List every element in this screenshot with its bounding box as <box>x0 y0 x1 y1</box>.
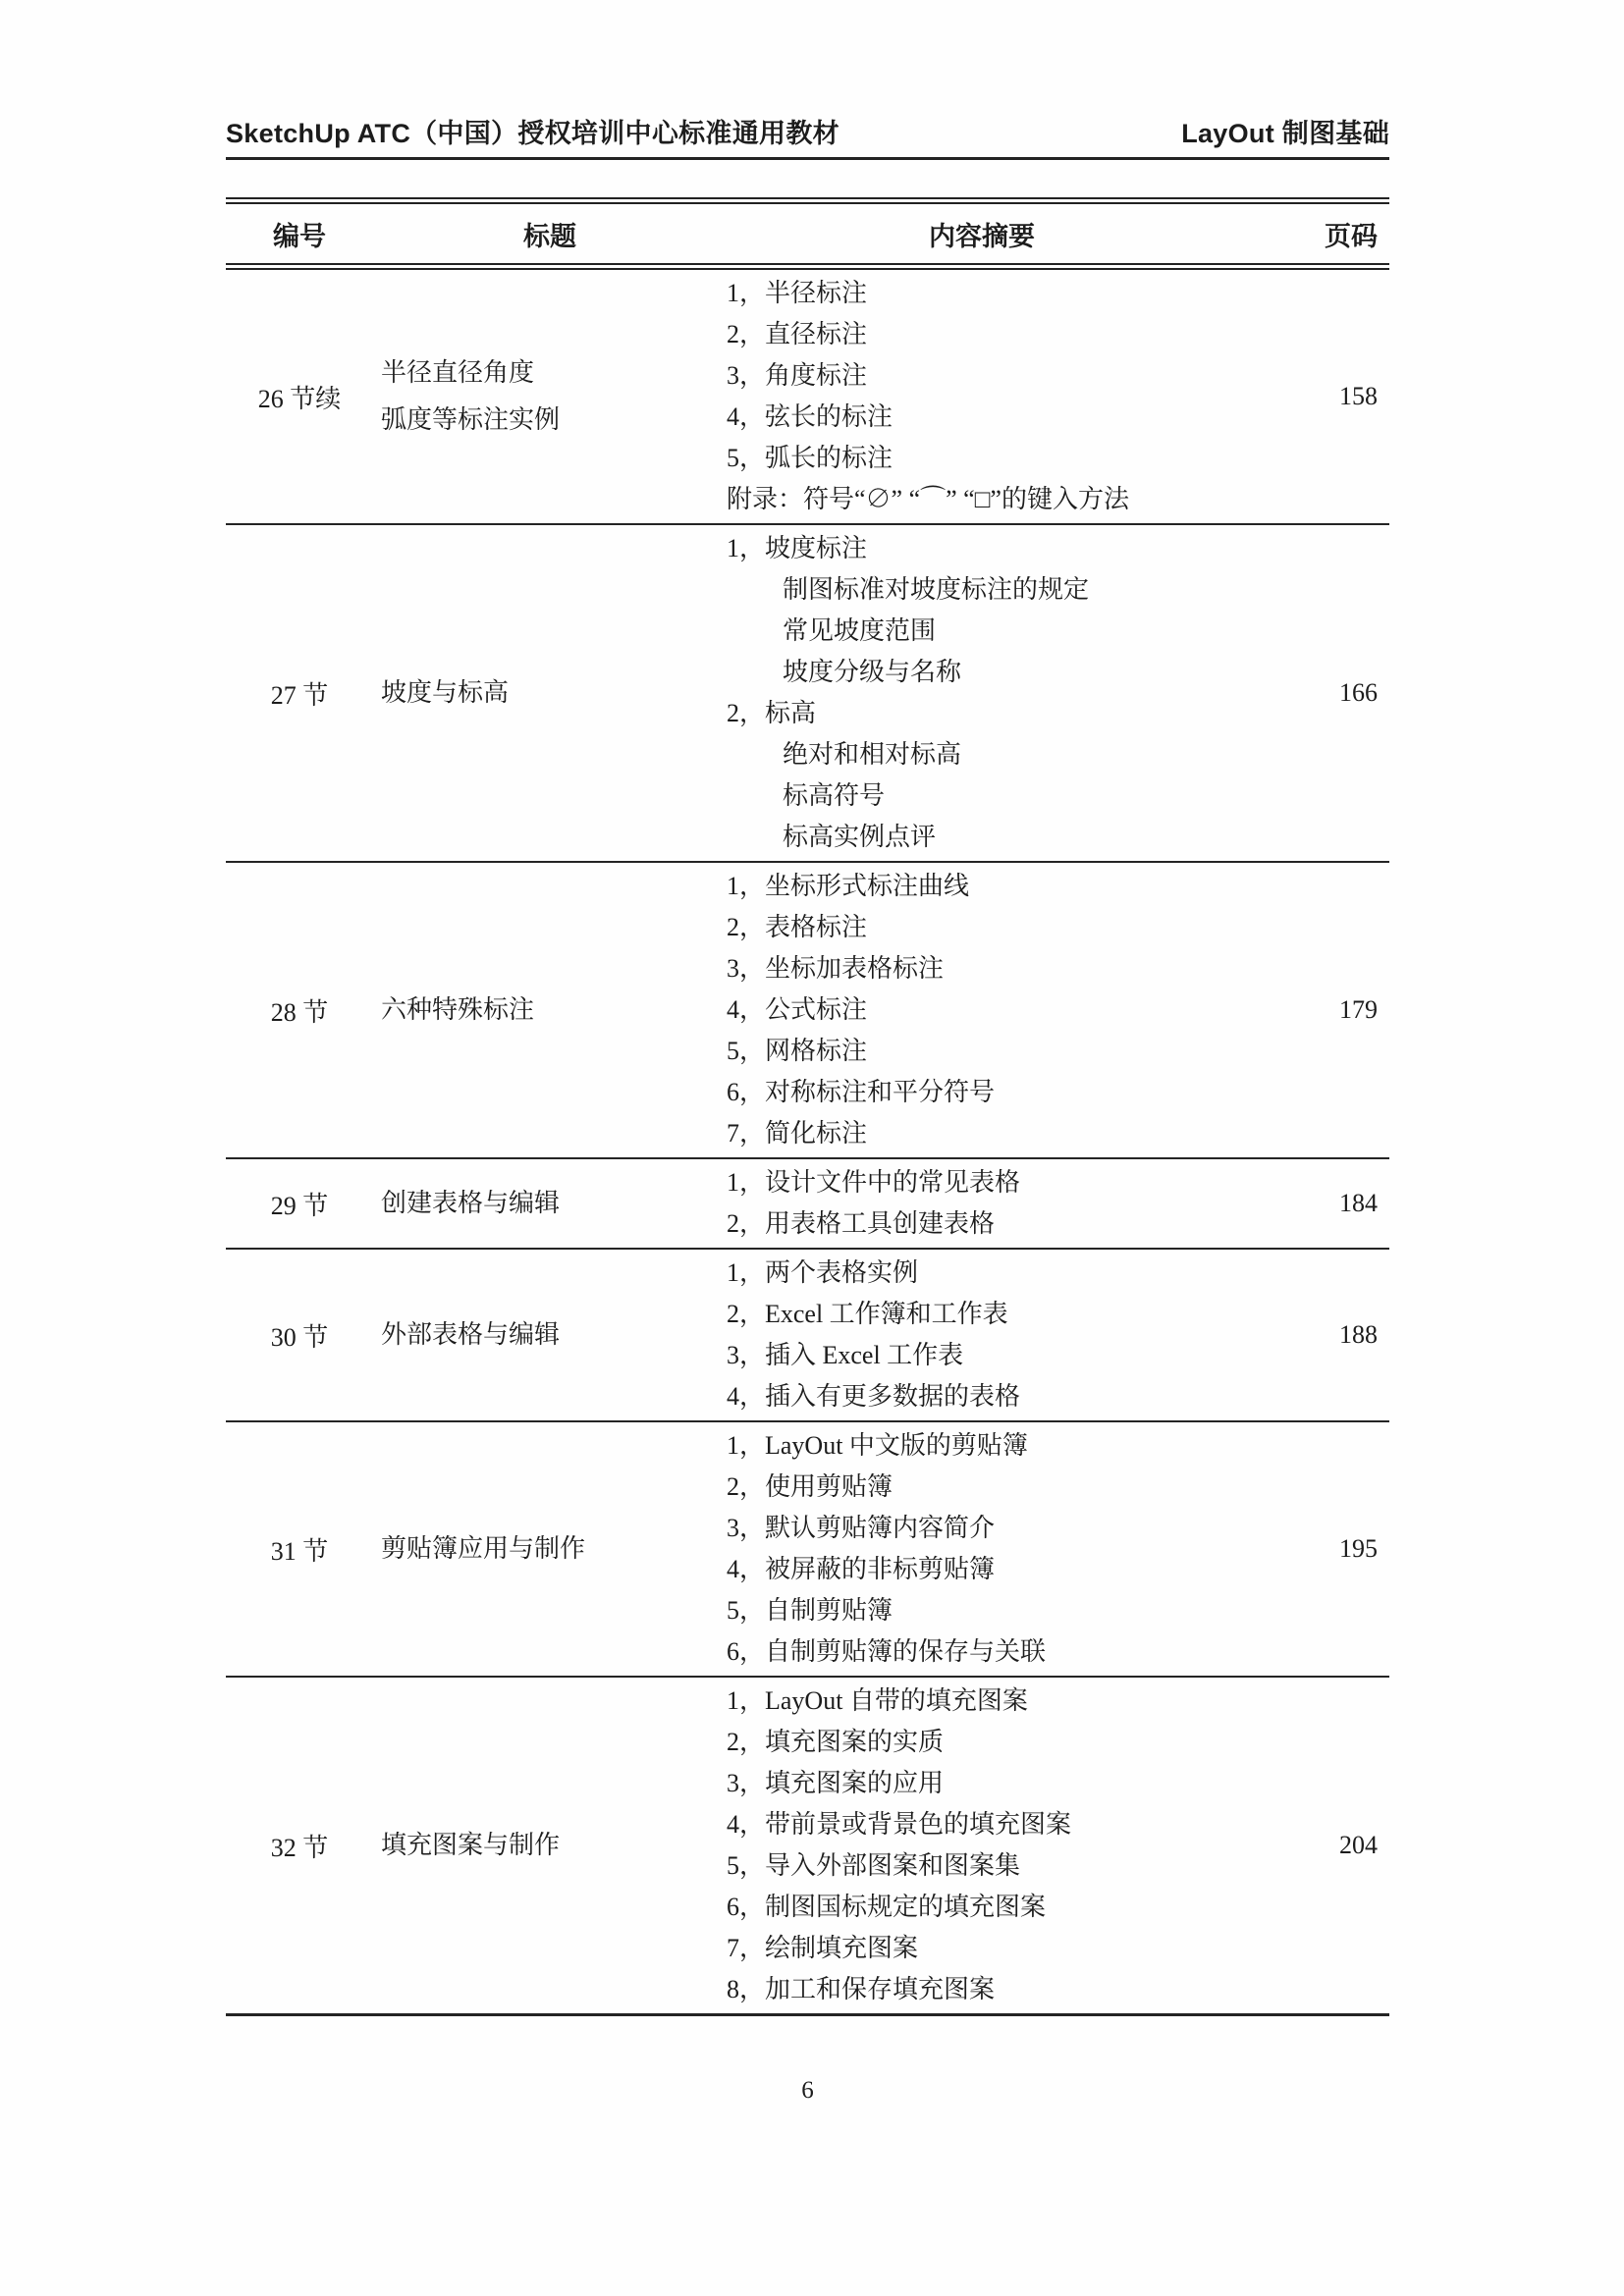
row-no: 32 节 <box>226 1677 373 2015</box>
toc-table: 编号 标题 内容摘要 页码 26 节续 半径直径角度 弧度等标注实例 1，半径标… <box>226 197 1389 2016</box>
summary-subline: 标高实例点评 <box>727 817 1237 858</box>
summary-line: 7，简化标注 <box>727 1113 1237 1154</box>
title-line: 填充图案与制作 <box>381 1822 727 1869</box>
summary-line: 6，对称标注和平分符号 <box>727 1072 1237 1113</box>
table-row: 27 节 坡度与标高 1，坡度标注 制图标准对坡度标注的规定 常见坡度范围 坡度… <box>226 524 1389 862</box>
summary-line: 1，坡度标注 <box>727 528 1237 569</box>
column-header-summary: 内容摘要 <box>727 201 1237 267</box>
summary-line: 2，标高 <box>727 693 1237 734</box>
toc-table-header: 编号 标题 内容摘要 页码 <box>226 201 1389 267</box>
header-row: 编号 标题 内容摘要 页码 <box>226 201 1389 267</box>
row-title: 创建表格与编辑 <box>373 1158 727 1249</box>
summary-line: 3，填充图案的应用 <box>727 1763 1237 1804</box>
summary-line: 5，弧长的标注 <box>727 438 1237 479</box>
summary-line: 6，自制剪贴簿的保存与关联 <box>727 1631 1237 1673</box>
row-page-number: 204 <box>1237 1677 1389 2015</box>
column-header-page: 页码 <box>1237 201 1389 267</box>
row-page-number: 188 <box>1237 1249 1389 1421</box>
title-line: 六种特殊标注 <box>381 987 727 1034</box>
row-title: 坡度与标高 <box>373 524 727 862</box>
summary-line: 1，半径标注 <box>727 273 1237 314</box>
summary-line: 1，LayOut 自带的填充图案 <box>727 1681 1237 1722</box>
table-row: 29 节 创建表格与编辑 1，设计文件中的常见表格 2，用表格工具创建表格 18… <box>226 1158 1389 1249</box>
summary-line: 3，默认剪贴簿内容简介 <box>727 1508 1237 1549</box>
document-page: SketchUp ATC（中国）授权培训中心标准通用教材 LayOut 制图基础… <box>0 0 1624 2296</box>
row-no: 30 节 <box>226 1249 373 1421</box>
table-row: 26 节续 半径直径角度 弧度等标注实例 1，半径标注 2，直径标注 3，角度标… <box>226 267 1389 525</box>
summary-line: 5，自制剪贴簿 <box>727 1590 1237 1631</box>
column-header-no: 编号 <box>226 201 373 267</box>
summary-line: 5，导入外部图案和图案集 <box>727 1845 1237 1887</box>
title-line: 坡度与标高 <box>381 669 727 717</box>
row-page-number: 166 <box>1237 524 1389 862</box>
row-title: 半径直径角度 弧度等标注实例 <box>373 267 727 525</box>
column-header-title: 标题 <box>373 201 727 267</box>
summary-subline: 制图标准对坡度标注的规定 <box>727 569 1237 611</box>
row-summary: 1，LayOut 自带的填充图案 2，填充图案的实质 3，填充图案的应用 4，带… <box>727 1677 1237 2015</box>
title-line: 剪贴簿应用与制作 <box>381 1525 727 1573</box>
table-row: 31 节 剪贴簿应用与制作 1，LayOut 中文版的剪贴簿 2，使用剪贴簿 3… <box>226 1421 1389 1677</box>
table-row: 30 节 外部表格与编辑 1，两个表格实例 2，Excel 工作簿和工作表 3，… <box>226 1249 1389 1421</box>
row-summary: 1，设计文件中的常见表格 2，用表格工具创建表格 <box>727 1158 1237 1249</box>
summary-line: 4，被屏蔽的非标剪贴簿 <box>727 1549 1237 1590</box>
header-left-title: SketchUp ATC（中国）授权培训中心标准通用教材 <box>226 112 839 150</box>
summary-line: 2，Excel 工作簿和工作表 <box>727 1294 1237 1335</box>
summary-line: 6，制图国标规定的填充图案 <box>727 1887 1237 1928</box>
row-title: 外部表格与编辑 <box>373 1249 727 1421</box>
table-row: 28 节 六种特殊标注 1，坐标形式标注曲线 2，表格标注 3，坐标加表格标注 … <box>226 862 1389 1158</box>
title-line: 弧度等标注实例 <box>381 397 727 444</box>
summary-line: 4，带前景或背景色的填充图案 <box>727 1804 1237 1845</box>
row-no: 31 节 <box>226 1421 373 1677</box>
row-title: 六种特殊标注 <box>373 862 727 1158</box>
summary-line: 1，LayOut 中文版的剪贴簿 <box>727 1425 1237 1467</box>
summary-line: 4，插入有更多数据的表格 <box>727 1376 1237 1417</box>
row-summary: 1，LayOut 中文版的剪贴簿 2，使用剪贴簿 3，默认剪贴簿内容简介 4，被… <box>727 1421 1237 1677</box>
summary-line: 2，表格标注 <box>727 907 1237 948</box>
summary-subline: 绝对和相对标高 <box>727 734 1237 775</box>
summary-line: 4，公式标注 <box>727 989 1237 1031</box>
summary-line: 7，绘制填充图案 <box>727 1928 1237 1969</box>
summary-line: 3，坐标加表格标注 <box>727 948 1237 989</box>
title-line: 外部表格与编辑 <box>381 1311 727 1359</box>
summary-line: 3，插入 Excel 工作表 <box>727 1335 1237 1376</box>
summary-line: 5，网格标注 <box>727 1031 1237 1072</box>
summary-line: 2，使用剪贴簿 <box>727 1467 1237 1508</box>
footer-page-number: 6 <box>226 2077 1389 2105</box>
row-page-number: 195 <box>1237 1421 1389 1677</box>
row-title: 剪贴簿应用与制作 <box>373 1421 727 1677</box>
summary-line: 2，用表格工具创建表格 <box>727 1203 1237 1245</box>
row-summary: 1，两个表格实例 2，Excel 工作簿和工作表 3，插入 Excel 工作表 … <box>727 1249 1237 1421</box>
summary-line: 3，角度标注 <box>727 355 1237 397</box>
summary-line: 4，弦长的标注 <box>727 397 1237 438</box>
summary-line: 附录：符号“∅” “⌒” “□”的键入方法 <box>727 479 1237 520</box>
row-title: 填充图案与制作 <box>373 1677 727 2015</box>
row-no: 29 节 <box>226 1158 373 1249</box>
summary-subline: 常见坡度范围 <box>727 611 1237 652</box>
summary-line: 2，直径标注 <box>727 314 1237 355</box>
table-row: 32 节 填充图案与制作 1，LayOut 自带的填充图案 2，填充图案的实质 … <box>226 1677 1389 2015</box>
summary-subline: 标高符号 <box>727 775 1237 817</box>
summary-line: 1，坐标形式标注曲线 <box>727 866 1237 907</box>
title-line: 创建表格与编辑 <box>381 1180 727 1227</box>
title-line: 半径直径角度 <box>381 349 727 397</box>
summary-line: 2，填充图案的实质 <box>727 1722 1237 1763</box>
summary-line: 1，设计文件中的常见表格 <box>727 1162 1237 1203</box>
summary-line: 8，加工和保存填充图案 <box>727 1969 1237 2010</box>
row-page-number: 179 <box>1237 862 1389 1158</box>
row-page-number: 158 <box>1237 267 1389 525</box>
row-page-number: 184 <box>1237 1158 1389 1249</box>
row-no: 27 节 <box>226 524 373 862</box>
summary-subline: 坡度分级与名称 <box>727 652 1237 693</box>
header-right-title: LayOut 制图基础 <box>1181 112 1389 150</box>
row-summary: 1，坡度标注 制图标准对坡度标注的规定 常见坡度范围 坡度分级与名称 2，标高 … <box>727 524 1237 862</box>
page-content: SketchUp ATC（中国）授权培训中心标准通用教材 LayOut 制图基础… <box>226 0 1389 2105</box>
row-summary: 1，半径标注 2，直径标注 3，角度标注 4，弦长的标注 5，弧长的标注 附录：… <box>727 267 1237 525</box>
row-no: 28 节 <box>226 862 373 1158</box>
row-summary: 1，坐标形式标注曲线 2，表格标注 3，坐标加表格标注 4，公式标注 5，网格标… <box>727 862 1237 1158</box>
summary-line: 1，两个表格实例 <box>727 1253 1237 1294</box>
running-header: SketchUp ATC（中国）授权培训中心标准通用教材 LayOut 制图基础 <box>226 0 1389 160</box>
row-no: 26 节续 <box>226 267 373 525</box>
